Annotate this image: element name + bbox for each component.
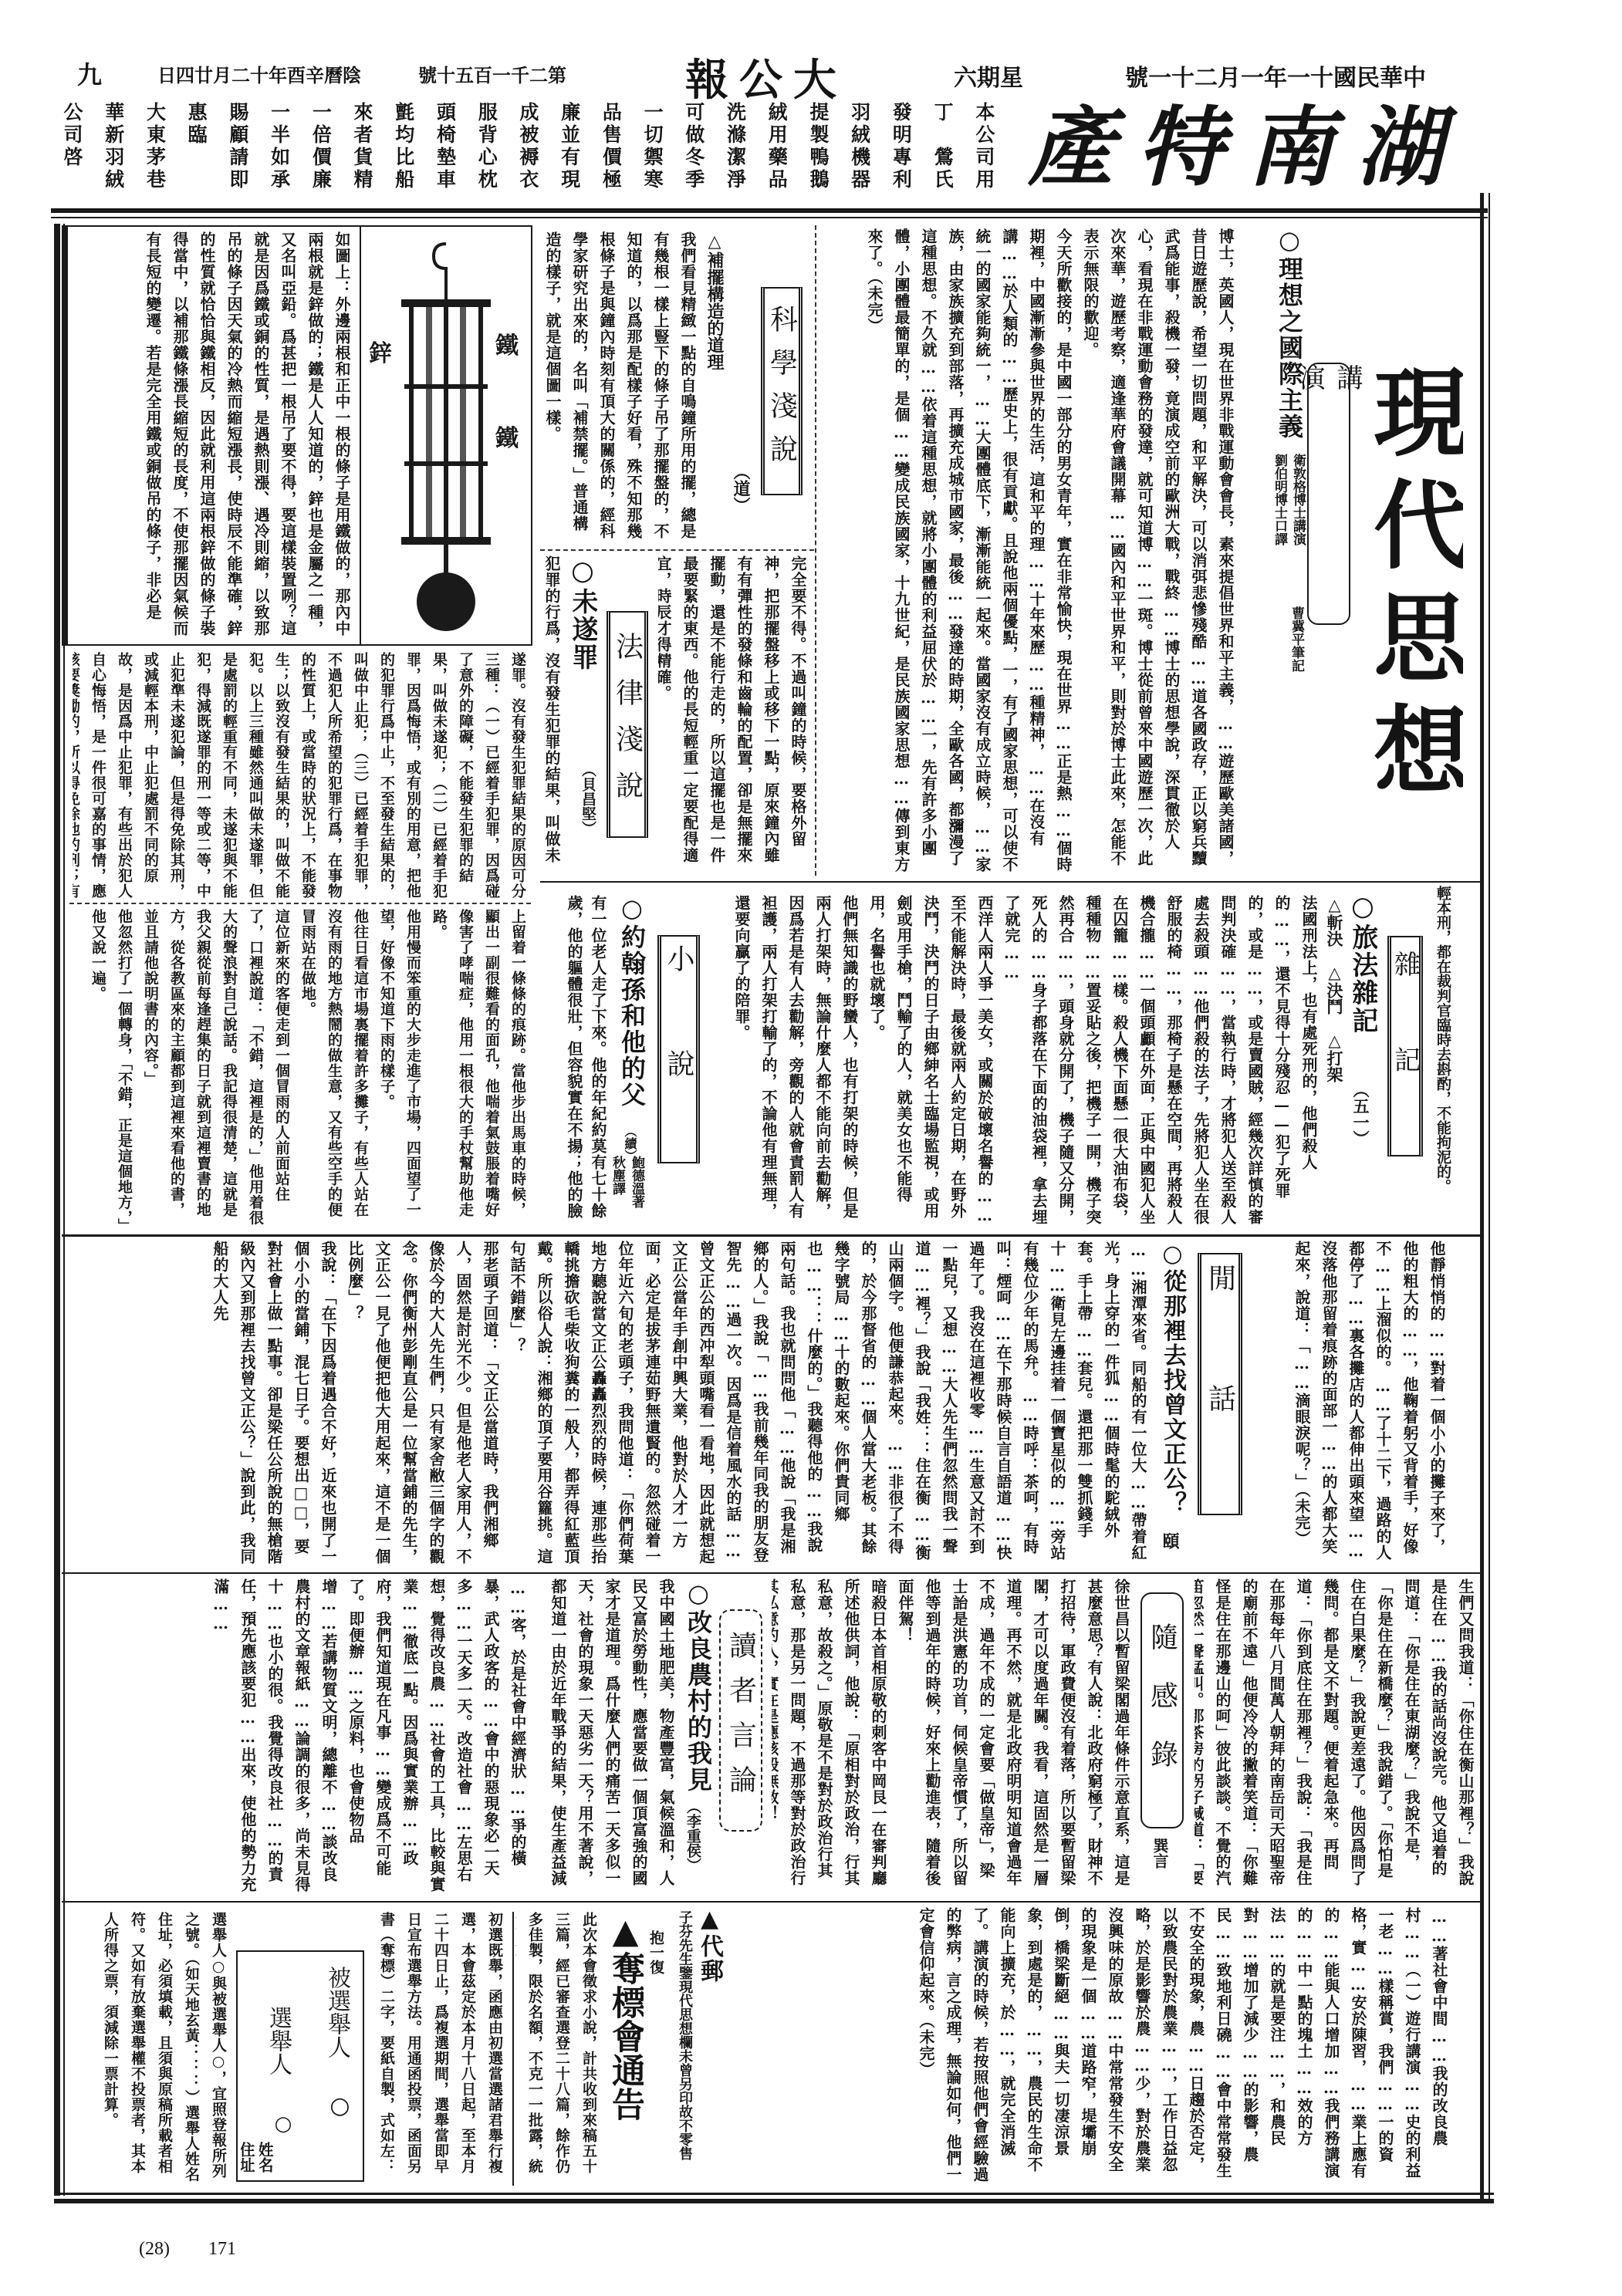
science-title: ○鐘表的構造（三） <box>728 230 757 461</box>
readers-ending-text: ……著社會中間……我的改良農村……（一）遊行講演……史的利益一老……樣稱賞，我們… <box>917 1907 1448 2183</box>
law-author: （貝昌堅） <box>580 762 599 847</box>
random-thoughts-category-label: 隨感錄 <box>1143 1622 1182 1798</box>
advert-text: 本公司用 丁 鶯氏 發明專利 羽絨機器 提製鴨鵝 絨用藥品 洗滌潔淨 可做冬季 … <box>60 102 995 205</box>
advert-column: 成被褥衣 <box>516 102 539 205</box>
lecture-byline-interpreter: 劉伯明博士口譯 <box>1272 454 1289 593</box>
miscellany-subtitles: △斬決 △決鬥 △打架 <box>1324 895 1346 1126</box>
advert-column: 頭椅墊車 <box>433 102 456 205</box>
page-number: 九 <box>77 56 102 91</box>
advert-column: 品售價極 <box>599 102 622 205</box>
voter-label: 選舉人 <box>267 2006 295 2098</box>
fiction-body-part3: 他靜悄悄的……對着一個小小的攤子來了，他的粗大的……，他鞠着躬又背着手，好像不…… <box>1252 1241 1477 1565</box>
advert-title: 湖南特產 <box>1007 94 1466 202</box>
bottom-double-rule <box>54 2193 1494 2203</box>
lecture-text: 博士，英國人，現在世界非戰運動會會長，素來提倡世界和平主義，……遊歷歐美諸國，昔… <box>865 228 1235 873</box>
advert-column: 一倍價廉 <box>309 102 332 205</box>
advert-column: 一切禦寒 <box>640 102 664 205</box>
footer-volume-mark: (28) <box>139 2239 170 2260</box>
science-category-label: 科學淺說 <box>762 305 802 478</box>
chat-title: ○從那裡去找曾文正公？ <box>1156 1241 1187 1528</box>
paper-name: 大公報 <box>665 46 847 108</box>
fiction-body-part1: 有一位老人走了下來。他的年紀約莫有七十餘歲，他的軀體很壯，但容貌實在不揚；他的臉 <box>539 895 610 1227</box>
contest-title: ▲奪標會通告 <box>607 1912 644 2174</box>
science-body-part1: 我們看見精緻一點的自鳴鐘所用的擺，總是有幾根一樣上豎下的條子吊了那擺盤的，不知道… <box>540 231 701 544</box>
iron-label: 鐵 <box>495 425 519 452</box>
readers-category-box: 讀者言論 <box>719 1609 762 1832</box>
law-category-box: 法律淺說 <box>607 611 648 838</box>
mail-signature: 抱一復 <box>648 1930 667 1992</box>
zinc-label: 鋅 <box>369 340 392 367</box>
readers-body-part3: ……著社會中間……我的改良農村……（一）遊行講演……史的利益一老……樣稱賞，我們… <box>727 1907 1479 2186</box>
fiction-body-part2: 上留着一條條的痕跡。當他步出馬車的時候，顯出一副很難看的面孔，他喘着氣鼓脹着嘴好… <box>73 909 531 1231</box>
law-title: ○未遂罪 <box>566 555 597 687</box>
lecture-category-box: 講演 <box>1307 363 1350 625</box>
lecture-byline-recorder: 曹冀平筆記 <box>1289 606 1306 707</box>
section-divider <box>540 549 814 551</box>
advert-column: 氈均比船 <box>392 102 415 205</box>
miscellany-title: ○旅法雜記 <box>1348 891 1377 1045</box>
law-ending-text: 輕本刑，都在裁判官臨時去斟酌，不能拘泥的。 <box>1434 886 1451 1194</box>
law-category-label: 法律淺說 <box>608 632 647 817</box>
row-divider <box>62 1234 1480 1237</box>
weekday: 星期六 <box>943 59 1023 93</box>
advert-column: 洗滌潔淨 <box>724 102 747 205</box>
column-divider <box>815 225 816 876</box>
readers-title: ○改良農村的我見 <box>682 1578 713 1798</box>
law-body-part1: 犯罪的行爲，沒有發生犯罪的結果，叫做未 <box>540 555 565 880</box>
fiction-title: ○約翰孫和他的父親 <box>616 893 647 1125</box>
chat-category-box: 閒話 <box>1198 1253 1242 1515</box>
readers-body-part1: 我中國土地肥美，物產豐富，氣候溫和，人民又富於勞動性，應當要做一個頂富強的國家才… <box>540 1578 679 1893</box>
newspaper-page: 九 陰曆辛酉年十二月廿四日 第二千一百五十號 大公報 星期六 中華民國十一年一月… <box>0 0 1622 2296</box>
advert-column: 賜顧請即 <box>226 102 249 205</box>
advert-column: 來者貨精 <box>350 102 373 205</box>
section-banner: 現代思想 <box>1363 363 1463 841</box>
advert-column: 提製鴨鵝 <box>806 102 830 205</box>
masthead-line: 九 陰曆辛酉年十二月廿四日 第二千一百五十號 大公報 星期六 中華民國十一年一月… <box>0 0 1622 93</box>
lunar-date: 陰曆辛酉年十二月廿四日 <box>151 60 361 87</box>
address-label: 住址 <box>241 2142 258 2179</box>
fiction-end-mark: （未完） <box>1293 1490 1311 1547</box>
name-label: 姓名 <box>259 2142 276 2179</box>
fiction-continued-mark: （續） <box>620 1125 639 1156</box>
law-body-part3: 輕本刑，都在裁判官臨時去斟酌，不能拘泥的。 （參觀新刑律第十七條至十八條） <box>1431 886 1478 1194</box>
figure-divider <box>360 225 361 646</box>
voter-mark: ○ <box>269 2112 295 2143</box>
advert-column: 公司啓 <box>60 102 83 205</box>
fiction-author: 鮑德溫著 <box>629 1156 646 1225</box>
contest-body-part2: 初選既舉，函應由初選當選諸君舉行複選，本會茲定於本月十八日起，至本月二十四日止，… <box>369 1912 508 2186</box>
miscellany-category-box: 雜記 <box>1387 936 1423 1156</box>
notice-divider <box>512 1912 514 2186</box>
lecture-byline-speaker: 衛敦格博士講演 <box>1290 454 1307 593</box>
row-divider <box>62 1572 1480 1574</box>
right-double-border <box>1480 193 1490 2199</box>
chat-body-part1: ……湘潭來省。同船的有一位大……帶着紅光，身上穿的一件狐……個時髦的駝絨外套。手… <box>69 1241 1151 1568</box>
advert-column: 一半如承 <box>268 102 291 205</box>
top-double-rule <box>51 208 1488 218</box>
contest-body-part3: 選舉人○與被選舉人○，宜照登報所列之號。（如天地玄黃：：：）選舉人姓名住址，必須… <box>77 1912 231 2186</box>
readers-category-label: 讀者言論 <box>721 1631 761 1810</box>
random-thoughts-author: 巽言 <box>1151 1838 1171 1884</box>
random-thoughts-body: 徐世昌以暫留梁閣過年條件示意直系，這是甚麼意思？有人說：北政府窮極了，財神不打招… <box>772 1578 1134 1891</box>
mail-body: 子芬先生鑒現代思想欄未曾另印故不零售 <box>676 1910 694 2188</box>
chat-body-part2: 生們又問我道：「你住在衡山那裡？」我說是住在……我的話尚沒說完。他又追着的問道：… <box>1195 1578 1478 1891</box>
science-subtitle: △補擺構造的道理 <box>704 231 725 463</box>
chat-category-label: 閒話 <box>1201 1264 1240 1504</box>
advert-column: 發明專利 <box>889 102 912 205</box>
contest-body-part1: 此次本會徵求小說，計共收到來稿五十三篇，經已審查選登二十八篇，餘作仍多佳製，限於… <box>515 1912 602 2186</box>
mail-title: ▲代郵 <box>696 1906 724 1998</box>
readers-end-mark: （未完） <box>917 2021 935 2078</box>
science-category-box: 科學淺說 <box>761 287 803 495</box>
advert-column: 絨用藥品 <box>765 102 788 205</box>
publication-date: 中華民國十一年一月二十一號 <box>1059 59 1426 93</box>
miscellany-installment: （五一） <box>1352 1082 1372 1159</box>
pendulum-diagram: 鋅 鐵 鐵 <box>364 230 528 642</box>
science-body-part2: 如圖上：外邊兩根和正中一根的條子是用鐵做的，那內中兩根就是鋅做的；鐵是人人知道的… <box>73 231 355 640</box>
section-divider <box>540 881 1480 883</box>
issue-number: 第二千一百五十號 <box>395 60 566 87</box>
advert-column: 可做冬季 <box>682 102 705 205</box>
lecture-title: ○理想之國際主義 <box>1273 225 1304 449</box>
law-body-part2: 遂罪。沒有發生犯罪結果的原因可分三種：（一）已經着手犯罪，因爲碰了意外的障礙，不… <box>73 652 531 899</box>
science-author: （道） <box>730 463 753 525</box>
fiction-category-label: 小說 <box>659 944 698 1154</box>
readers-author: （李重侯） <box>685 1799 704 1884</box>
miscellany-body: 法國刑法上，也有處死刑的，他們殺人的……，還不見得十分殘忍——犯了死罪的，或是…… <box>710 895 1322 1225</box>
random-thoughts-category-box: 隨感錄 <box>1140 1592 1184 1828</box>
lecture-end-mark: （未完） <box>865 277 884 334</box>
row-divider <box>62 1901 1480 1903</box>
advert-column: 華新羽絨 <box>102 102 125 205</box>
fiction-category-box: 小說 <box>657 935 700 1163</box>
fiction-ending-text: 他靜悄悄的……對着一個小小的攤子來了，他的粗大的……，他鞠着躬又背着手，好像不…… <box>1293 1241 1446 1561</box>
advert-column: 羽絨機器 <box>848 102 871 205</box>
advert-column: 服背心枕 <box>475 102 498 205</box>
advert-column: 本公司用 <box>972 102 995 205</box>
candidate-mark: ○ <box>327 2092 353 2123</box>
candidate-label: 被選舉人 <box>326 1966 353 2089</box>
lecture-body: 博士，英國人，現在世界非戰運動會會長，素來提倡世界和平主義，……遊歷歐美諸國，昔… <box>819 228 1265 875</box>
miscellany-category-label: 雜記 <box>1387 950 1424 1142</box>
advert-column: 大東茅巷 <box>143 102 166 205</box>
science-body-part3: 完全要不得。不過叫鐘的時候，要格外留神，把那擺盤移上或移下一點，原來鐘內雖有有彈… <box>658 555 811 876</box>
readers-body-part2: ……客，於是社會中經濟狀……爭的橫暴，武人政客的……會中的惡現象必一天多……一天… <box>73 1578 531 1895</box>
fiction-translator: 秋塵譯 <box>610 1156 627 1225</box>
advert-column: 丁 鶯氏 <box>931 102 954 205</box>
chat-author: 頤 <box>1161 1532 1182 1563</box>
section-divider <box>69 903 531 904</box>
advert-column: 惠臨 <box>184 102 208 205</box>
footer-page-mark: 171 <box>208 2239 236 2260</box>
iron-label: 鐵 <box>495 333 519 360</box>
advert-column: 廉並有現 <box>558 102 581 205</box>
